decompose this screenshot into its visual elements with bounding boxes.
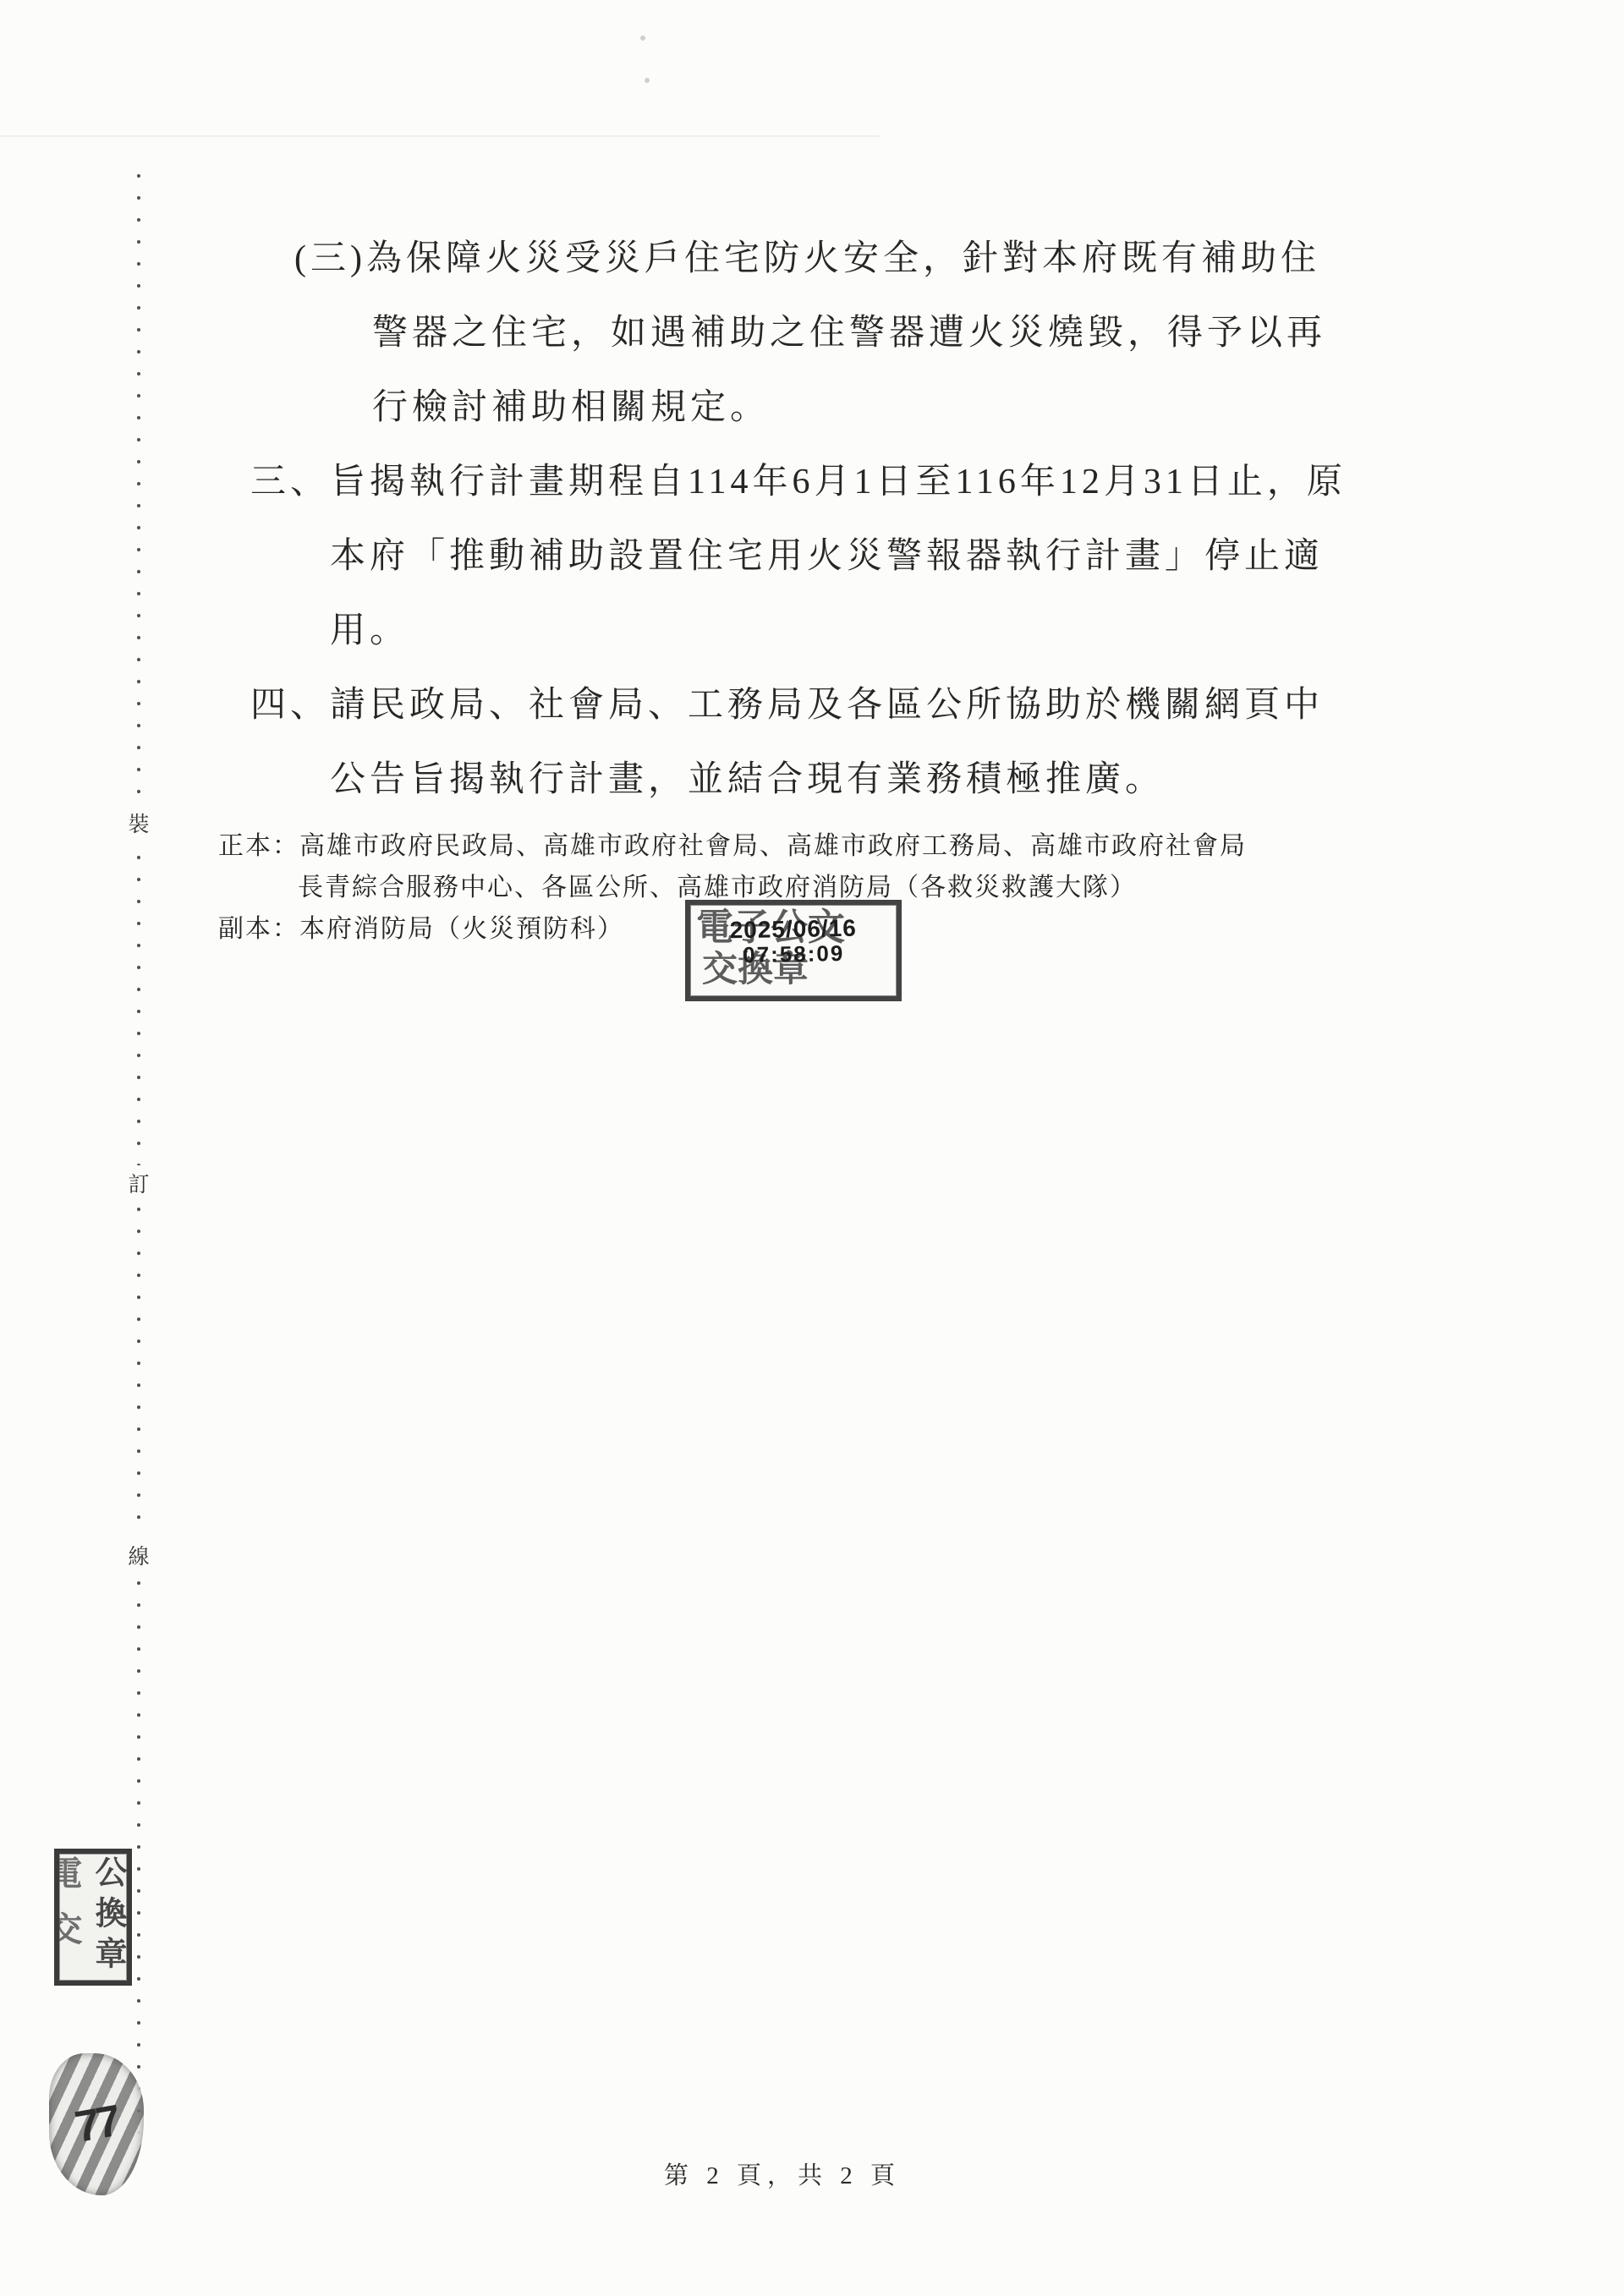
body-line: 警器之住宅，如遇補助之住警器遭火災燒毀，得予以再 [0,293,1624,367]
stamp-time: 07:58:09 [690,940,897,967]
edge-stamp-chars: 公換章 [85,1855,131,1977]
body-line: 行檢討補助相關規定。 [0,367,1624,441]
body-line: 公告旨揭執行計畫，並結合現有業務積極推廣。 [0,739,1624,814]
edge-exchange-stamp: 電交 公換章 [54,1849,132,1986]
binding-char-ding: 訂 [122,1165,156,1201]
edge-stamp-clipped-chars: 電交 [54,1855,87,1967]
electronic-exchange-stamp: 電子公文 交換章 2025/06/16 07:58:09 [685,900,902,1001]
original-recipients-line2: 長青綜合服務中心、各區公所、高雄市政府消防局（各救災救護大隊） [0,863,1624,905]
scan-speck [645,78,650,83]
body-line: 三、旨揭執行計畫期程自114年6月1日至116年12月31日止，原 [0,441,1624,516]
body-line: 四、請民政局、社會局、工務局及各區公所協助於機關網頁中 [0,665,1624,739]
body-line: (三)為保障火災受災戶住宅防火安全，針對本府既有補助住 [0,218,1624,293]
scan-speck [640,36,645,41]
binding-char-xian: 線 [122,1537,156,1573]
document-body: (三)為保障火災受災戶住宅防火安全，針對本府既有補助住 警器之住宅，如遇補助之住… [0,218,1624,814]
body-line: 本府「推動補助設置住宅用火災警報器執行計畫」停止適 [0,516,1624,590]
page-indicator: 第 2 頁，共 2 頁 [0,2156,1594,2191]
body-line: 用。 [0,590,1624,665]
original-recipients-line1: 正本：高雄市政府民政局、高雄市政府社會局、高雄市政府工務局、高雄市政府社會局 [0,822,1624,863]
stamp-datetime: 2025/06/16 07:58:09 [690,915,897,967]
scan-artifact-band [0,135,880,137]
stamp-date: 2025/06/16 [690,915,897,944]
smudge-stamp-number: 77 [71,2096,122,2153]
